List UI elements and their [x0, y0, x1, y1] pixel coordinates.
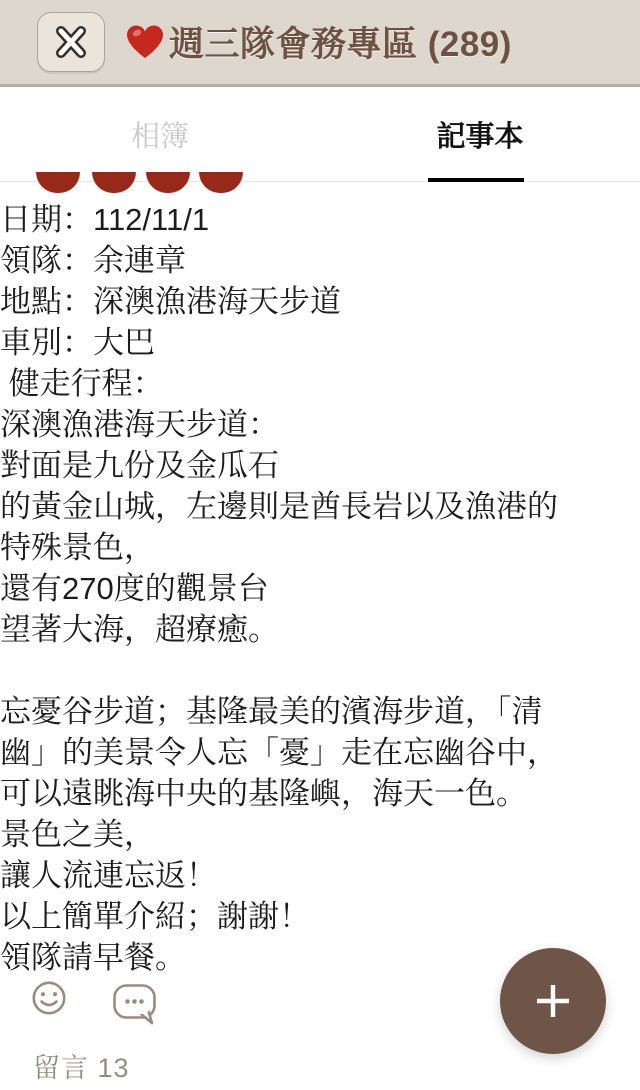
- note-line: 健走行程：: [0, 363, 614, 404]
- comment-bubble-icon: [112, 983, 160, 1025]
- note-line: 可以遠眺海中央的基隆嶼，海天一色。: [0, 773, 614, 814]
- note-line: 景色之美，: [0, 814, 614, 855]
- plus-icon: [534, 982, 572, 1020]
- note-line: 特殊景色，: [0, 527, 614, 568]
- comment-button[interactable]: [112, 983, 160, 1025]
- header-bar: 週三隊會務專區 (289): [0, 0, 640, 87]
- tab-bar: 相簿 記事本: [0, 87, 640, 182]
- note-content: 日期：112/11/1 領隊：余連章 地點：深澳漁港海天步道 車別：大巴 健走行…: [0, 199, 614, 978]
- note-line: 深澳漁港海天步道：: [0, 404, 614, 445]
- note-line: [0, 650, 614, 691]
- note-line: 日期：112/11/1: [0, 199, 614, 240]
- note-line: 領隊：余連章: [0, 240, 614, 281]
- note-line: 忘憂谷步道；基隆最美的濱海步道，「清: [0, 691, 614, 732]
- note-line: 望著大海，超療癒。: [0, 609, 614, 650]
- note-line: 還有270度的觀景台: [0, 568, 614, 609]
- app-screen: 週三隊會務專區 (289) 相簿 記事本 日期：112/11/1 領隊：余連章 …: [0, 0, 640, 1090]
- note-line: 讓人流連忘返！: [0, 855, 614, 896]
- add-note-fab[interactable]: [500, 948, 606, 1054]
- tab-notes[interactable]: 記事本: [320, 87, 640, 181]
- page-title: 週三隊會務專區 (289): [124, 0, 512, 84]
- close-button[interactable]: [37, 12, 105, 72]
- smiley-icon: [31, 980, 67, 1016]
- note-line: 車別：大巴: [0, 322, 614, 363]
- note-line: 對面是九份及金瓜石: [0, 445, 614, 486]
- note-line: 幽」的美景令人忘「憂」走在忘幽谷中，: [0, 732, 614, 773]
- note-line: 地點：深澳漁港海天步道: [0, 281, 614, 322]
- note-line: 以上簡單介紹；謝謝！: [0, 896, 614, 937]
- note-line: 的黃金山城，左邊則是酋長岩以及漁港的: [0, 486, 614, 527]
- close-icon: [48, 21, 94, 63]
- tab-album[interactable]: 相簿: [0, 87, 320, 181]
- comment-count-label[interactable]: 留言 13: [33, 1046, 130, 1085]
- red-heart-icon: [124, 22, 166, 62]
- like-reaction-button[interactable]: [31, 980, 67, 1016]
- page-title-text: 週三隊會務專區 (289): [169, 17, 512, 67]
